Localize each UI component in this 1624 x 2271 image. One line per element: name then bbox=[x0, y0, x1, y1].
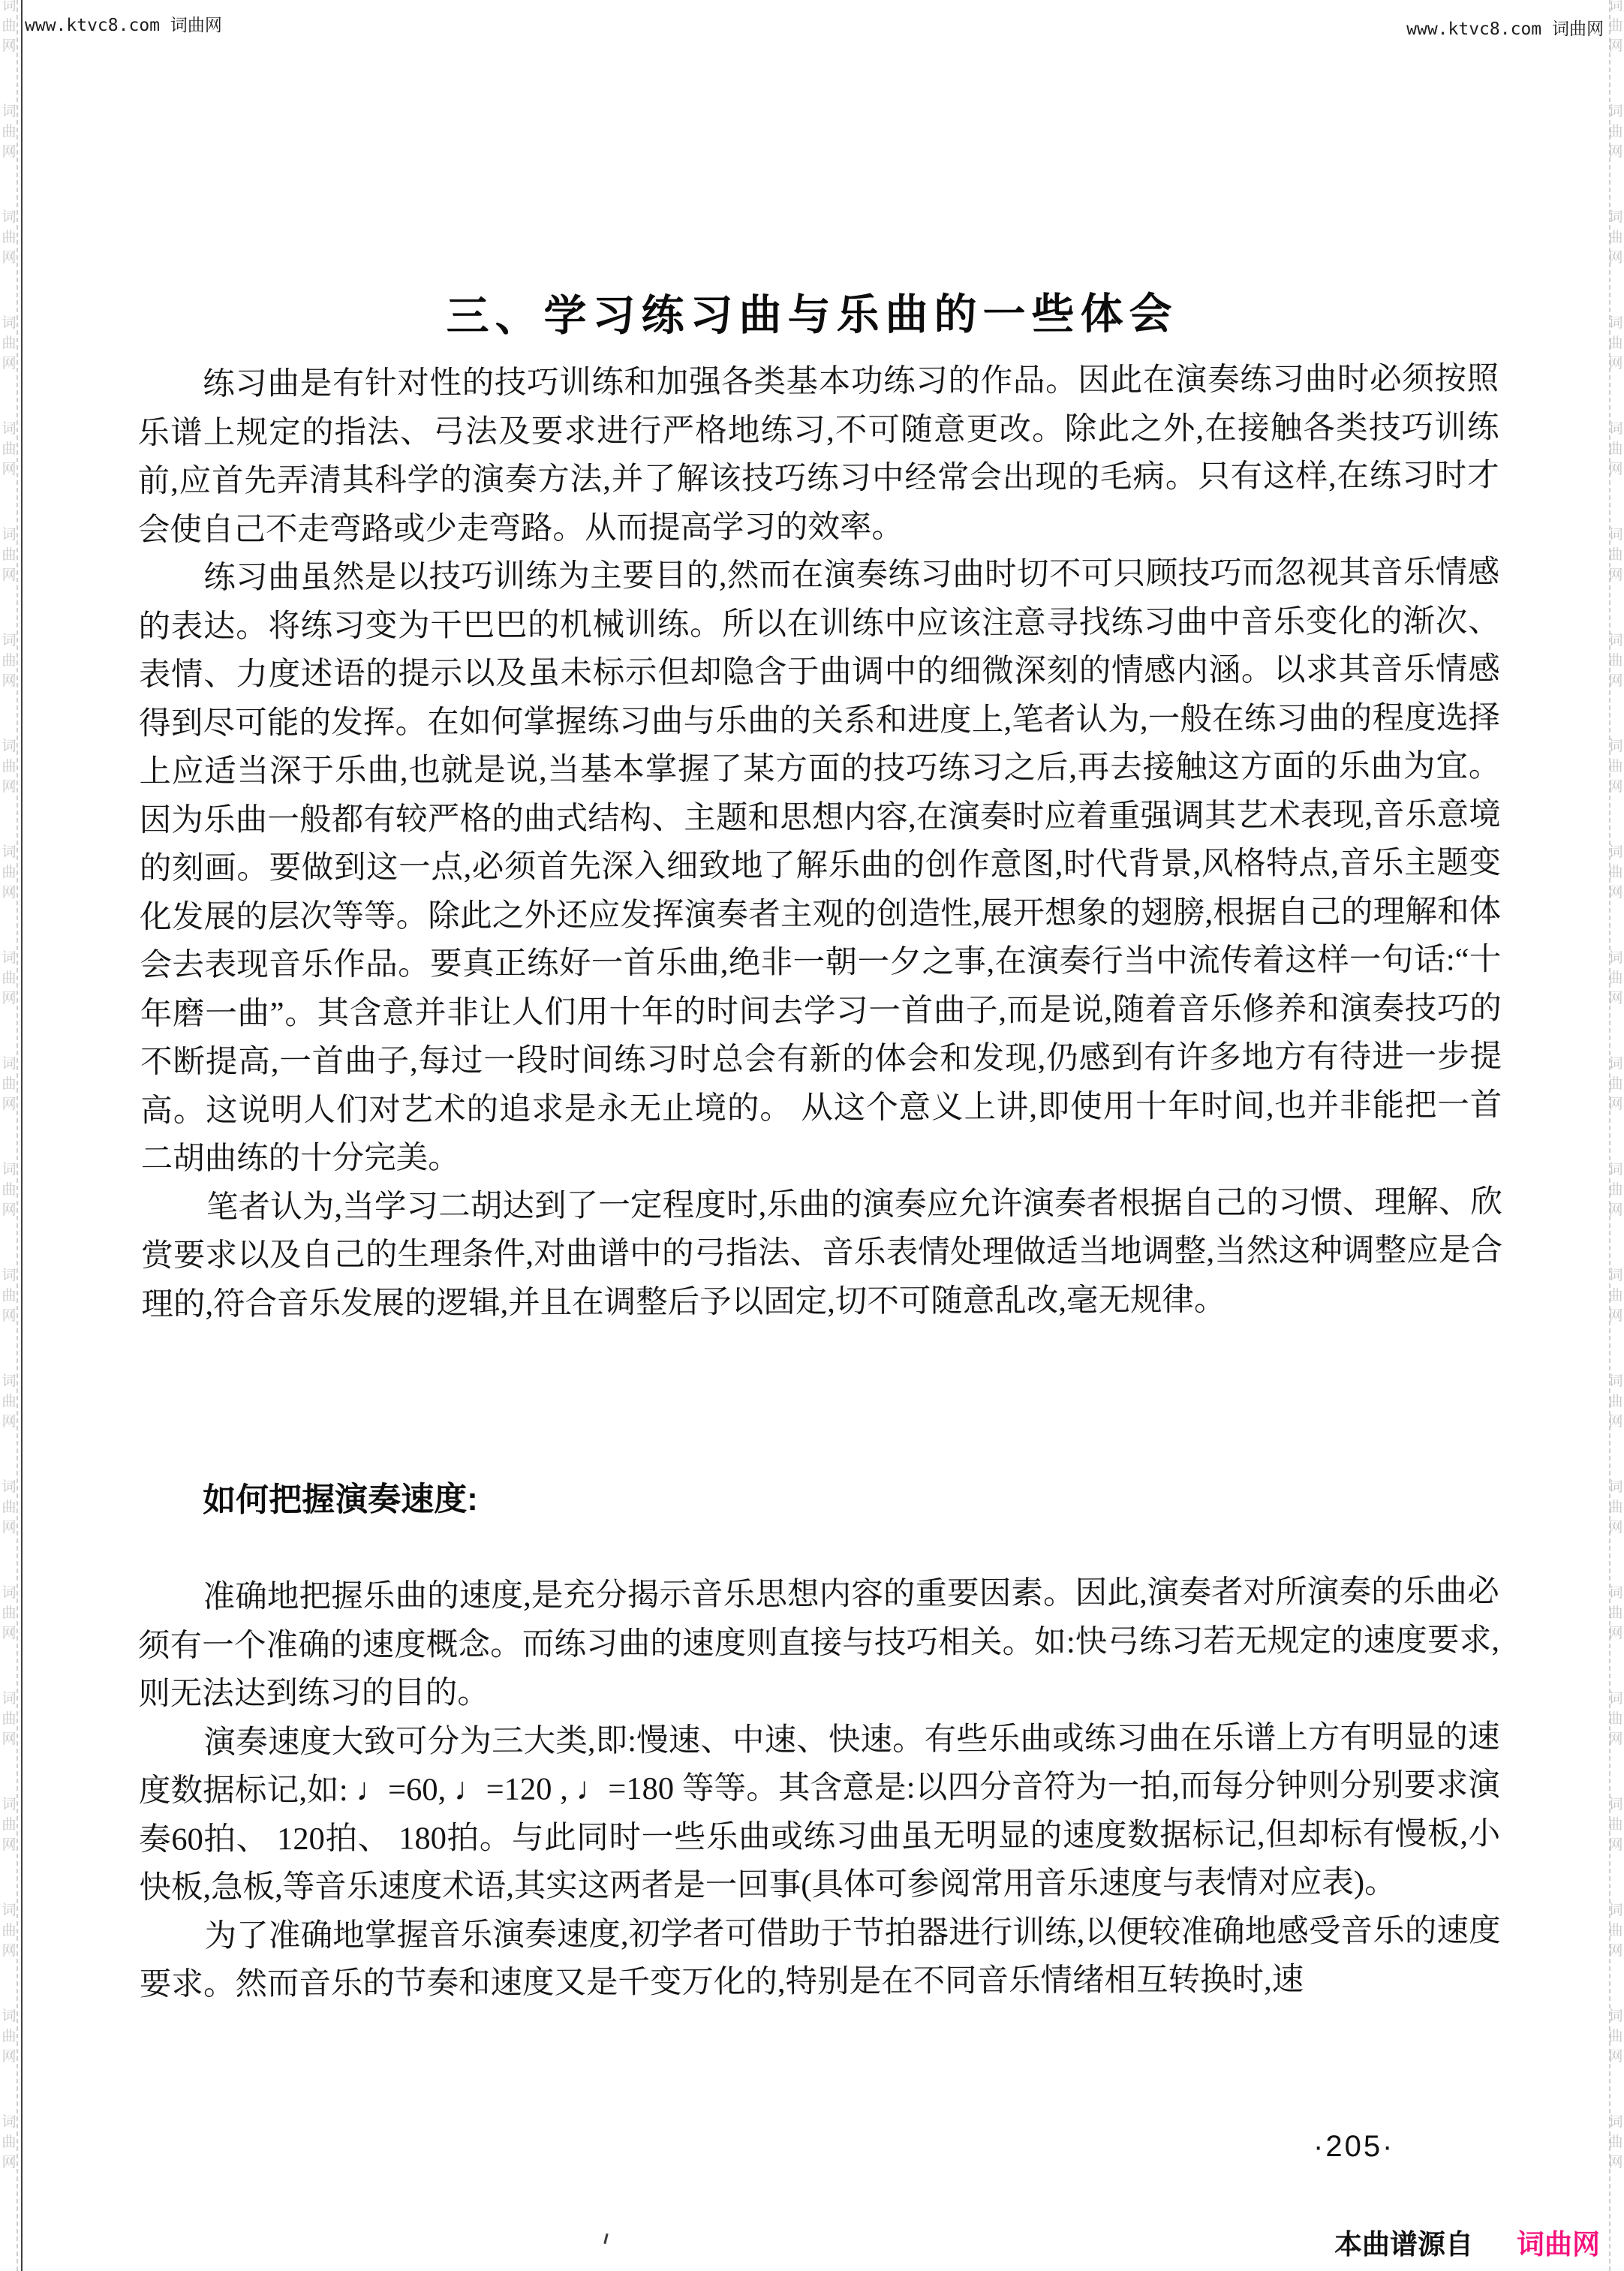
page-number: ·205· bbox=[1313, 2130, 1394, 2164]
source-credit: 本曲谱源自词曲网 bbox=[1334, 2221, 1600, 2262]
side-watermark-group: 词曲网 bbox=[1608, 1583, 1623, 1644]
side-watermark-group: 词曲网 bbox=[1608, 1794, 1623, 1855]
source-credit-brand: 词曲网 bbox=[1517, 2229, 1600, 2260]
side-watermark-group: 词曲网 bbox=[1608, 736, 1623, 797]
paragraph: 练习曲虽然是以技巧训练为主要目的,然而在演奏练习曲时切不可只顾技巧而忽视其音乐情… bbox=[138, 549, 1502, 1184]
scanned-document-page: 词曲网词曲网词曲网词曲网词曲网词曲网词曲网词曲网词曲网词曲网词曲网词曲网词曲网词… bbox=[0, 0, 1624, 2271]
side-watermark-group: 词曲网 bbox=[2, 2112, 17, 2173]
side-watermark-group: 词曲网 bbox=[2, 1477, 17, 1538]
side-watermark-group: 词曲网 bbox=[2, 525, 17, 585]
scan-noise-mark bbox=[603, 2233, 608, 2244]
side-watermark-group: 词曲网 bbox=[2, 1583, 17, 1644]
side-watermark-group: 词曲网 bbox=[2, 2006, 17, 2067]
page-title: 三、学习练习曲与乐曲的一些体会 bbox=[0, 278, 1624, 345]
side-watermark-group: 词曲网 bbox=[2, 1265, 17, 1326]
side-watermark-group: 词曲网 bbox=[1608, 2006, 1623, 2067]
side-watermark-group: 词曲网 bbox=[2, 1900, 17, 1961]
side-watermark-group: 词曲网 bbox=[2, 1689, 17, 1749]
paragraph: 练习曲是有针对性的技巧训练和加强各类基本功练习的作品。因此在演奏练习曲时必须按照… bbox=[137, 355, 1499, 555]
side-watermark-group: 词曲网 bbox=[2, 207, 17, 268]
side-watermark-group: 词曲网 bbox=[2, 419, 17, 480]
side-watermark-group: 词曲网 bbox=[2, 1160, 17, 1220]
side-watermark-group: 词曲网 bbox=[1608, 1160, 1623, 1220]
side-watermark-group: 词曲网 bbox=[1608, 1054, 1623, 1114]
side-watermark-group: 词曲网 bbox=[2, 0, 17, 56]
side-watermark-group: 词曲网 bbox=[1608, 842, 1623, 903]
side-watermark-group: 词曲网 bbox=[2, 1371, 17, 1432]
side-watermark-group: 词曲网 bbox=[2, 630, 17, 691]
side-watermark-group: 词曲网 bbox=[1608, 419, 1623, 480]
source-credit-prefix: 本曲谱源自 bbox=[1334, 2229, 1473, 2260]
side-watermark-group: 词曲网 bbox=[1608, 1371, 1623, 1432]
side-watermark-group: 词曲网 bbox=[1608, 1477, 1623, 1538]
side-watermark-group: 词曲网 bbox=[2, 842, 17, 903]
top-right-watermark: www.ktvc8.com 词曲网 bbox=[1406, 15, 1604, 40]
side-watermark-group: 词曲网 bbox=[1608, 1265, 1623, 1326]
top-left-watermark: www.ktvc8.com 词曲网 bbox=[25, 11, 222, 36]
paragraph: 笔者认为,当学习二胡达到了一定程度时,乐曲的演奏应允许演奏者根据自己的习惯、理解… bbox=[141, 1178, 1503, 1329]
side-watermark-group: 词曲网 bbox=[1608, 630, 1623, 691]
side-watermark-group: 词曲网 bbox=[2, 101, 17, 162]
side-watermark-group: 词曲网 bbox=[1608, 1900, 1623, 1961]
side-watermark-group: 词曲网 bbox=[1608, 2112, 1623, 2173]
body-text-lower: 如何把握演奏速度: 准确地把握乐曲的速度,是充分揭示音乐思想内容的重要因素。因此… bbox=[137, 1471, 1501, 2009]
paragraph: 为了准确地掌握音乐演奏速度,初学者可借助于节拍器进行训练,以便较准确地感受音乐的… bbox=[140, 1907, 1502, 2010]
side-watermark-group: 词曲网 bbox=[2, 948, 17, 1009]
side-watermark-group: 词曲网 bbox=[1608, 207, 1623, 268]
side-watermark-group: 词曲网 bbox=[2, 736, 17, 797]
section-subheading: 如何把握演奏速度: bbox=[137, 1471, 1499, 1525]
body-text-upper: 练习曲是有针对性的技巧训练和加强各类基本功练习的作品。因此在演奏练习曲时必须按照… bbox=[137, 355, 1503, 1329]
side-watermark-group: 词曲网 bbox=[2, 1054, 17, 1114]
paragraph: 演奏速度大致可分为三大类,即:慢速、中速、快速。有些乐曲或练习曲在乐谱上方有明显… bbox=[138, 1713, 1500, 1913]
side-watermark-group: 词曲网 bbox=[1608, 0, 1623, 56]
side-watermark-group: 词曲网 bbox=[1608, 948, 1623, 1009]
side-watermark-group: 词曲网 bbox=[1608, 525, 1623, 585]
paragraph: 准确地把握乐曲的速度,是充分揭示音乐思想内容的重要因素。因此,演奏者对所演奏的乐… bbox=[138, 1568, 1500, 1719]
side-watermark-group: 词曲网 bbox=[1608, 101, 1623, 162]
side-watermark-group: 词曲网 bbox=[1608, 1689, 1623, 1749]
side-watermark-group: 词曲网 bbox=[2, 1794, 17, 1855]
